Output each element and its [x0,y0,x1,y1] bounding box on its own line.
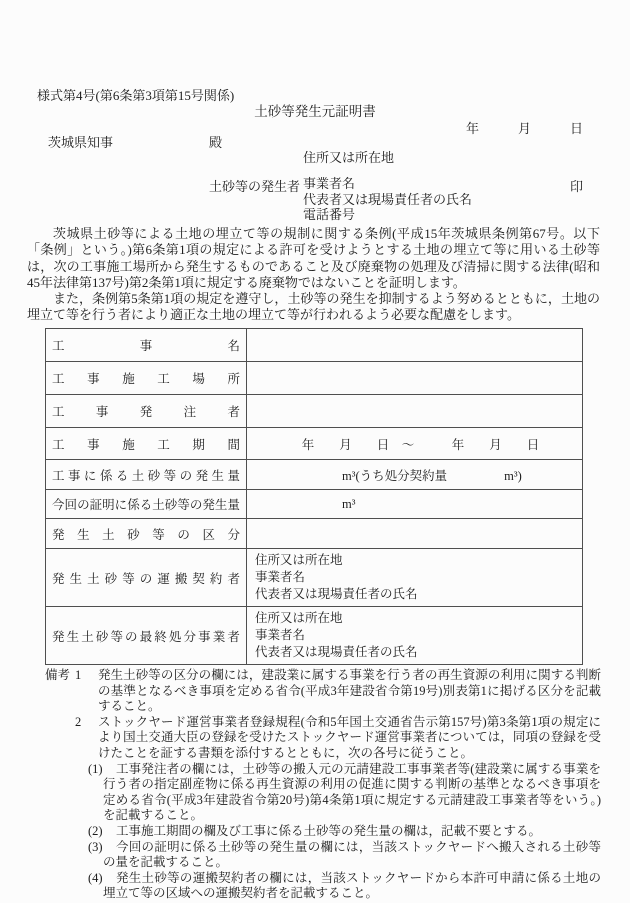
row-label-construction-period: 工事施工期間 [46,428,247,460]
remark-2-text: ストックヤード運営事業者登録規程(令和5年国土交通省告示第157号)第3条第1項… [98,715,601,760]
addressee-honorific: 殿 [209,132,222,151]
volume-unit-open: m³(うち処分契約量 [342,469,447,483]
remark-1-text: 発生土砂等の区分の欄には，建設業に属する事業を行う者の再生資源の利用に関する判断… [98,668,601,713]
volume-unit-close: m³) [504,469,522,483]
remark-subitem-1: (1) 工事発注者の欄には，土砂等の搬入元の元請建設工事事業者等(建設業に属する… [45,762,601,824]
row-value-certified-volume: m³ [247,490,583,519]
row-value-transport-contractor: 住所又は所在地 事業者名 代表者又は現場責任者の氏名 [247,549,583,607]
row-label-final-disposal-operator: 発生土砂等の最終処分事業者 [46,607,247,665]
table-row: 発生土砂等の最終処分事業者 住所又は所在地 事業者名 代表者又は現場責任者の氏名 [46,607,583,665]
subitem-2-number: (2) [88,824,103,840]
row-label-soil-volume: 工事に係る土砂等の発生量 [46,460,247,490]
date-line: 年 月 日 [466,118,583,137]
remark-subitem-3: (3) 今回の証明に係る土砂等の発生量の欄には，当該ストックヤードへ搬入される土… [45,840,601,871]
row-label-soil-classification: 発生土砂等の区分 [46,519,247,549]
subitem-1-number: (1) [88,762,103,778]
remark-item-2: 2 ストックヤード運営事業者登録規程(令和5年国土交通省告示第157号)第3条第… [45,715,601,762]
transport-representative-label: 代表者又は現場責任者の氏名 [255,586,574,603]
row-value-final-disposal-operator: 住所又は所在地 事業者名 代表者又は現場責任者の氏名 [247,607,583,665]
subitem-1-text: 工事発注者の欄には，土砂等の搬入元の元請建設工事事業者等(建設業に属する事業を行… [103,762,601,823]
table-row: 工事施工期間 年 月 日 ～ 年 月 日 [46,428,583,460]
seal-mark: 印 [570,176,583,195]
row-label-construction-site: 工事施工場所 [46,362,247,395]
remarks-section: 備考 1 発生土砂等の区分の欄には，建設業に属する事業を行う者の再生資源の利用に… [45,668,601,902]
row-value-orderer [247,395,583,428]
transport-business-label: 事業者名 [255,569,574,586]
row-value-construction-period: 年 月 日 ～ 年 月 日 [247,428,583,460]
subitem-3-number: (3) [88,840,103,856]
subitem-4-text: 発生土砂等の運搬契約者の欄には，当該ストックヤードから本許可申請に係る土地の埋立… [103,871,601,901]
certification-paragraph-1: 茨城県土砂等による土地の埋立て等の規制に関する条例(平成15年茨城県条例第67号… [27,226,600,291]
row-label-certified-volume: 今回の証明に係る土砂等の発生量 [46,490,247,519]
table-row: 工事に係る土砂等の発生量 m³(うち処分契約量m³) [46,460,583,490]
transport-address-label: 住所又は所在地 [255,552,574,569]
table-row: 発生土砂等の運搬契約者 住所又は所在地 事業者名 代表者又は現場責任者の氏名 [46,549,583,607]
remark-item-1: 備考 1 発生土砂等の区分の欄には，建設業に属する事業を行う者の再生資源の利用に… [45,668,601,715]
row-value-construction-name [247,329,583,362]
issuer-label: 土砂等の発生者 [209,176,300,195]
document-title: 土砂等発生元証明書 [0,100,630,120]
row-label-construction-name: 工事名 [46,329,247,362]
issuer-business-name-label: 事業者名 [303,176,472,192]
row-value-construction-site [247,362,583,395]
remark-subitem-2: (2) 工事施工期間の欄及び工事に係る土砂等の発生量の欄は，記載不要とする。 [45,824,601,840]
row-value-soil-classification [247,519,583,549]
table-row: 工事施工場所 [46,362,583,395]
remark-1-number: 1 [75,668,81,684]
remarks-heading: 備考 [45,668,70,684]
document-page: 様式第4号(第6条第3項第15号関係) 土砂等発生元証明書 年 月 日 茨城県知… [0,0,630,903]
row-label-transport-contractor: 発生土砂等の運搬契約者 [46,549,247,607]
addressee-name: 茨城県知事 [48,132,113,151]
form-table: 工事名 工事施工場所 工事発注者 工事施工期間 年 月 日 ～ 年 月 日 工事… [45,328,583,665]
row-label-orderer: 工事発注者 [46,395,247,428]
disposal-address-label: 住所又は所在地 [255,610,574,627]
certification-text: 茨城県土砂等による土地の埋立て等の規制に関する条例(平成15年茨城県条例第67号… [27,226,600,324]
remark-subitem-4: (4) 発生土砂等の運搬契約者の欄には，当該ストックヤードから本許可申請に係る土… [45,871,601,902]
subitem-3-text: 今回の証明に係る土砂等の発生量の欄には，当該ストックヤードへ搬入される土砂等の量… [103,840,601,870]
issuer-phone-label: 電話番号 [303,207,472,223]
table-row: 工事発注者 [46,395,583,428]
row-value-soil-volume: m³(うち処分契約量m³) [247,460,583,490]
table-row: 今回の証明に係る土砂等の発生量 m³ [46,490,583,519]
address-label: 住所又は所在地 [303,147,394,166]
subitem-4-number: (4) [88,871,103,887]
remark-2-number: 2 [75,715,81,731]
issuer-representative-label: 代表者又は現場責任者の氏名 [303,192,472,208]
issuer-lines: 事業者名 代表者又は現場責任者の氏名 電話番号 [303,176,472,223]
subitem-2-text: 工事施工期間の欄及び工事に係る土砂等の発生量の欄は，記載不要とする。 [116,824,541,838]
disposal-representative-label: 代表者又は現場責任者の氏名 [255,644,574,661]
table-row: 発生土砂等の区分 [46,519,583,549]
table-row: 工事名 [46,329,583,362]
certification-paragraph-2: また，条例第5条第1項の規定を遵守し，土砂等の発生を抑制するよう努めるとともに，… [27,291,600,324]
disposal-business-label: 事業者名 [255,627,574,644]
